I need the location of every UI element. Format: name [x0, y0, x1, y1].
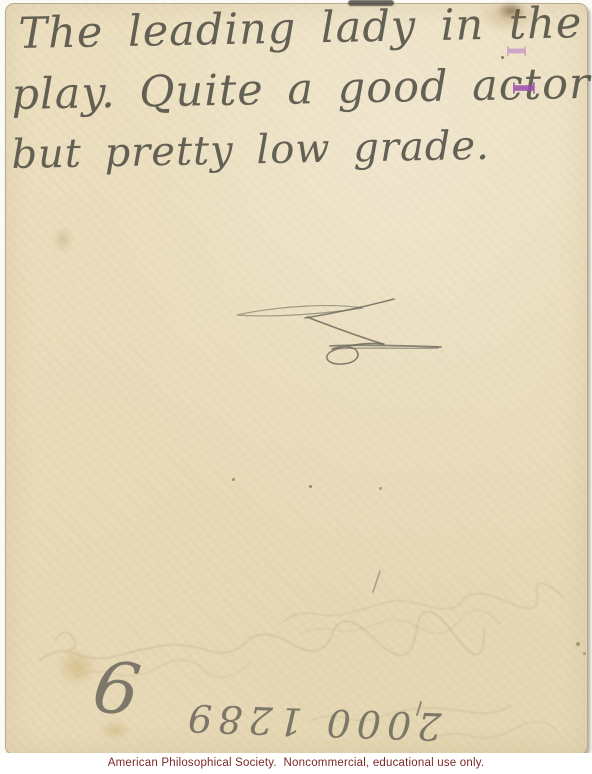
handwriting-line-3: but pretty low grade. — [11, 123, 490, 178]
catalog-number-upside-down: 2000 1289 — [181, 695, 442, 748]
purple-stamp-icon: I — [507, 81, 537, 95]
purple-stamp-icon: I — [502, 45, 528, 57]
usage-caption: American Philosophical Society. Noncomme… — [0, 753, 592, 774]
scan-page: { "scan": { "handwriting": { "ink": "pen… — [0, 0, 592, 774]
